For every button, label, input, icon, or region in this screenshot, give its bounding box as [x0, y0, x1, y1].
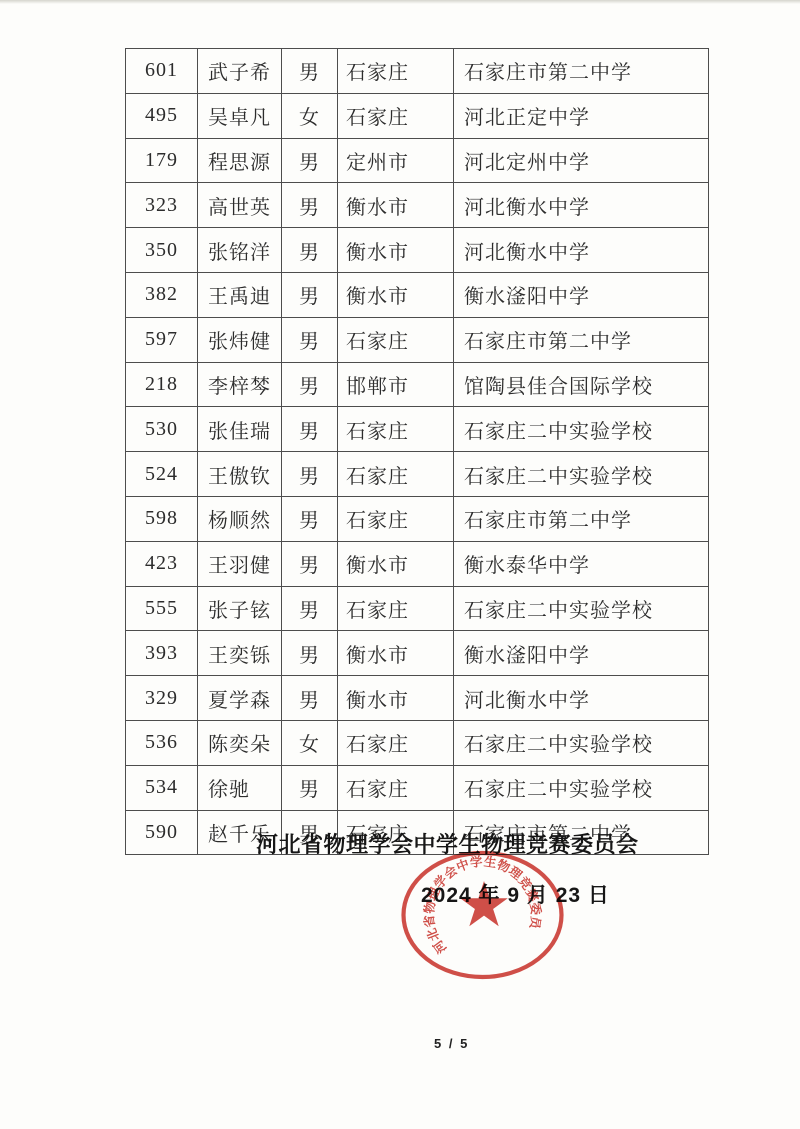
table-row: 524 王傲钦 男 石家庄 石家庄二中实验学校: [126, 452, 709, 497]
cell-gender: 男: [282, 631, 338, 676]
cell-city: 衡水市: [338, 631, 454, 676]
cell-student-name: 李梓棽: [198, 362, 282, 407]
cell-school: 石家庄二中实验学校: [454, 452, 709, 497]
cell-student-name: 王奕铄: [198, 631, 282, 676]
cell-gender: 男: [282, 138, 338, 183]
cell-school: 河北衡水中学: [454, 183, 709, 228]
table-row: 597 张炜健 男 石家庄 石家庄市第二中学: [126, 317, 709, 362]
cell-student-name: 徐驰: [198, 765, 282, 810]
table-row: 601 武子希 男 石家庄 石家庄市第二中学: [126, 49, 709, 94]
cell-gender: 男: [282, 407, 338, 452]
cell-contest-number: 495: [126, 93, 198, 138]
cell-school: 石家庄二中实验学校: [454, 720, 709, 765]
table-row: 218 李梓棽 男 邯郸市 馆陶县佳合国际学校: [126, 362, 709, 407]
cell-student-name: 张子铉: [198, 586, 282, 631]
table-row: 323 高世英 男 衡水市 河北衡水中学: [126, 183, 709, 228]
cell-contest-number: 555: [126, 586, 198, 631]
cell-city: 定州市: [338, 138, 454, 183]
cell-city: 衡水市: [338, 272, 454, 317]
cell-student-name: 王禹迪: [198, 272, 282, 317]
cell-school: 石家庄二中实验学校: [454, 586, 709, 631]
cell-student-name: 程思源: [198, 138, 282, 183]
cell-contest-number: 530: [126, 407, 198, 452]
student-roster-body: 601 武子希 男 石家庄 石家庄市第二中学 495 吴卓凡 女 石家庄 河北正…: [126, 49, 709, 855]
cell-contest-number: 524: [126, 452, 198, 497]
cell-school: 河北定州中学: [454, 138, 709, 183]
cell-gender: 男: [282, 49, 338, 94]
cell-school: 石家庄市第二中学: [454, 49, 709, 94]
cell-city: 石家庄: [338, 407, 454, 452]
cell-gender: 男: [282, 228, 338, 273]
table-row: 350 张铭洋 男 衡水市 河北衡水中学: [126, 228, 709, 273]
cell-gender: 男: [282, 362, 338, 407]
table-row: 555 张子铉 男 石家庄 石家庄二中实验学校: [126, 586, 709, 631]
cell-school: 河北正定中学: [454, 93, 709, 138]
cell-contest-number: 598: [126, 496, 198, 541]
table-row: 329 夏学森 男 衡水市 河北衡水中学: [126, 676, 709, 721]
cell-school: 河北衡水中学: [454, 676, 709, 721]
cell-student-name: 夏学森: [198, 676, 282, 721]
cell-city: 石家庄: [338, 93, 454, 138]
cell-school: 馆陶县佳合国际学校: [454, 362, 709, 407]
cell-school: 衡水滏阳中学: [454, 272, 709, 317]
page-number: 5 / 5: [434, 1036, 469, 1051]
cell-school: 石家庄二中实验学校: [454, 407, 709, 452]
cell-student-name: 高世英: [198, 183, 282, 228]
cell-gender: 男: [282, 496, 338, 541]
cell-contest-number: 393: [126, 631, 198, 676]
cell-contest-number: 382: [126, 272, 198, 317]
document-page: 601 武子希 男 石家庄 石家庄市第二中学 495 吴卓凡 女 石家庄 河北正…: [0, 0, 800, 1129]
cell-student-name: 王羽健: [198, 541, 282, 586]
cell-city: 衡水市: [338, 228, 454, 273]
cell-gender: 男: [282, 765, 338, 810]
table-row: 534 徐驰 男 石家庄 石家庄二中实验学校: [126, 765, 709, 810]
cell-city: 衡水市: [338, 541, 454, 586]
cell-school: 河北衡水中学: [454, 228, 709, 273]
cell-school: 衡水泰华中学: [454, 541, 709, 586]
official-seal: 河北省物理学会中学生物理竞赛委员会: [396, 846, 572, 986]
cell-city: 石家庄: [338, 496, 454, 541]
cell-contest-number: 218: [126, 362, 198, 407]
cell-student-name: 张佳瑞: [198, 407, 282, 452]
cell-student-name: 吴卓凡: [198, 93, 282, 138]
table-row: 495 吴卓凡 女 石家庄 河北正定中学: [126, 93, 709, 138]
cell-gender: 男: [282, 586, 338, 631]
cell-gender: 男: [282, 183, 338, 228]
cell-city: 衡水市: [338, 676, 454, 721]
cell-school: 石家庄二中实验学校: [454, 765, 709, 810]
cell-student-name: 张铭洋: [198, 228, 282, 273]
cell-city: 衡水市: [338, 183, 454, 228]
cell-gender: 男: [282, 452, 338, 497]
cell-contest-number: 590: [126, 810, 198, 855]
star-icon: [460, 881, 508, 926]
cell-student-name: 王傲钦: [198, 452, 282, 497]
cell-student-name: 武子希: [198, 49, 282, 94]
cell-city: 石家庄: [338, 586, 454, 631]
cell-city: 石家庄: [338, 49, 454, 94]
cell-gender: 男: [282, 272, 338, 317]
cell-gender: 女: [282, 93, 338, 138]
scan-artifact-top-edge: [0, 0, 800, 4]
cell-contest-number: 601: [126, 49, 198, 94]
cell-gender: 男: [282, 317, 338, 362]
cell-gender: 女: [282, 720, 338, 765]
cell-contest-number: 329: [126, 676, 198, 721]
cell-school: 石家庄市第二中学: [454, 317, 709, 362]
cell-contest-number: 534: [126, 765, 198, 810]
cell-contest-number: 597: [126, 317, 198, 362]
cell-city: 石家庄: [338, 765, 454, 810]
table-row: 536 陈奕朵 女 石家庄 石家庄二中实验学校: [126, 720, 709, 765]
table-row: 423 王羽健 男 衡水市 衡水泰华中学: [126, 541, 709, 586]
table-row: 598 杨顺然 男 石家庄 石家庄市第二中学: [126, 496, 709, 541]
cell-contest-number: 323: [126, 183, 198, 228]
cell-contest-number: 179: [126, 138, 198, 183]
cell-student-name: 陈奕朵: [198, 720, 282, 765]
cell-school: 衡水滏阳中学: [454, 631, 709, 676]
cell-student-name: 张炜健: [198, 317, 282, 362]
cell-school: 石家庄市第二中学: [454, 496, 709, 541]
cell-city: 石家庄: [338, 317, 454, 362]
cell-gender: 男: [282, 676, 338, 721]
table-row: 179 程思源 男 定州市 河北定州中学: [126, 138, 709, 183]
cell-city: 石家庄: [338, 452, 454, 497]
student-roster-table: 601 武子希 男 石家庄 石家庄市第二中学 495 吴卓凡 女 石家庄 河北正…: [125, 48, 709, 855]
cell-gender: 男: [282, 541, 338, 586]
cell-city: 石家庄: [338, 720, 454, 765]
cell-contest-number: 350: [126, 228, 198, 273]
cell-contest-number: 536: [126, 720, 198, 765]
table-row: 382 王禹迪 男 衡水市 衡水滏阳中学: [126, 272, 709, 317]
cell-student-name: 杨顺然: [198, 496, 282, 541]
cell-city: 邯郸市: [338, 362, 454, 407]
cell-contest-number: 423: [126, 541, 198, 586]
table-row: 393 王奕铄 男 衡水市 衡水滏阳中学: [126, 631, 709, 676]
table-row: 530 张佳瑞 男 石家庄 石家庄二中实验学校: [126, 407, 709, 452]
